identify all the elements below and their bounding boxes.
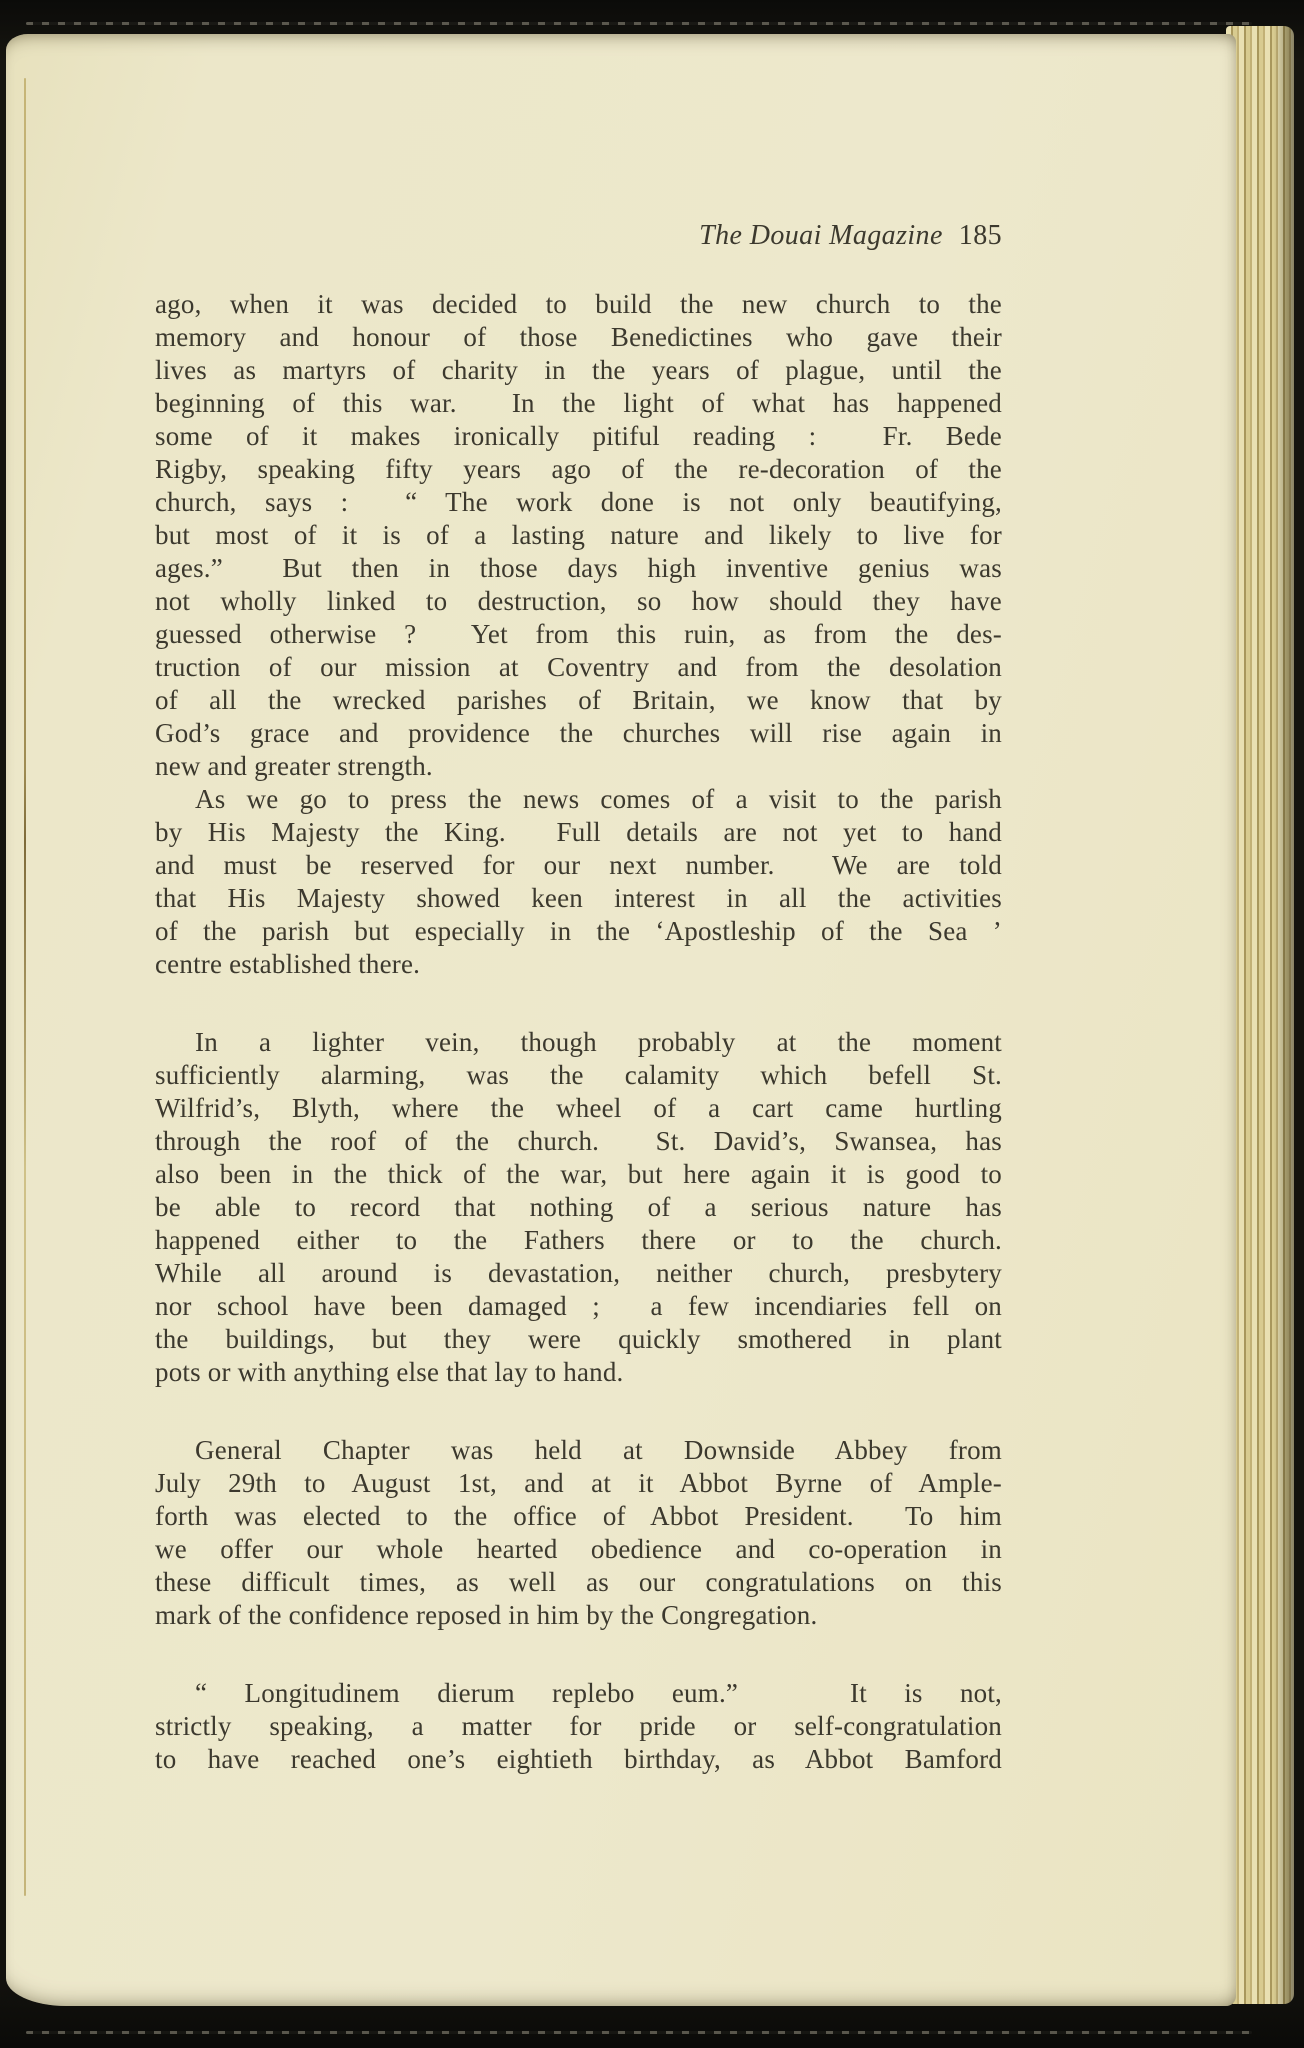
text-line: Rigby, speaking fifty years ago of the r… xyxy=(155,453,1002,486)
page-fold-line xyxy=(24,78,26,1896)
magazine-page: The Douai Magazine185 ago, when it was d… xyxy=(6,34,1236,2006)
text-line: strictly speaking, a matter for pride or… xyxy=(155,1710,1002,1743)
text-line: forth was elected to the office of Abbot… xyxy=(155,1500,1002,1533)
text-line: we offer our whole hearted obedience and… xyxy=(155,1533,1002,1566)
book-photo: The Douai Magazine185 ago, when it was d… xyxy=(0,0,1304,2048)
text-line: of all the wrecked parishes of Britain, … xyxy=(155,684,1002,717)
magazine-title: The Douai Magazine xyxy=(699,220,943,251)
page-number: 185 xyxy=(959,220,1002,251)
text-line: pots or with anything else that lay to h… xyxy=(155,1356,1002,1389)
text-line: truction of our mission at Coventry and … xyxy=(155,651,1002,684)
text-line: mark of the confidence reposed in him by… xyxy=(155,1599,1002,1632)
text-line: through the roof of the church. St. Davi… xyxy=(155,1125,1002,1158)
text-line: sufficiently alarming, was the calamity … xyxy=(155,1059,1002,1092)
text-line: July 29th to August 1st, and at it Abbot… xyxy=(155,1467,1002,1500)
text-line: memory and honour of those Benedictines … xyxy=(155,321,1002,354)
text-line: centre established there. xyxy=(155,948,1002,981)
text-line: the buildings, but they were quickly smo… xyxy=(155,1323,1002,1356)
text-line: ages.” But then in those days high inven… xyxy=(155,552,1002,585)
text-line: In a lighter vein, though probably at th… xyxy=(155,1026,1002,1059)
text-line: Wilfrid’s, Blyth, where the wheel of a c… xyxy=(155,1092,1002,1125)
text-line: of the parish but especially in the ‘Apo… xyxy=(155,915,1002,948)
page-body: ago, when it was decided to build the ne… xyxy=(155,288,1002,1776)
text-line: beginning of this war. In the light of w… xyxy=(155,387,1002,420)
text-line: ago, when it was decided to build the ne… xyxy=(155,288,1002,321)
text-line: and must be reserved for our next number… xyxy=(155,849,1002,882)
text-line: to have reached one’s eightieth birthday… xyxy=(155,1743,1002,1776)
text-line: that His Majesty showed keen interest in… xyxy=(155,882,1002,915)
text-line: As we go to press the news comes of a vi… xyxy=(155,783,1002,816)
book-fore-edge xyxy=(1226,26,1294,2004)
running-header: The Douai Magazine185 xyxy=(155,220,1002,252)
cover-seam-top xyxy=(26,22,1252,25)
text-line: nor school have been damaged ; a few inc… xyxy=(155,1290,1002,1323)
cover-seam-bottom xyxy=(26,2031,1252,2034)
text-line: “ Longitudinem dierum replebo eum.” It i… xyxy=(155,1677,1002,1710)
paragraph: ago, when it was decided to build the ne… xyxy=(155,288,1002,783)
text-line: church, says : “ The work done is not on… xyxy=(155,486,1002,519)
text-line: General Chapter was held at Downside Abb… xyxy=(155,1434,1002,1467)
text-line: lives as martyrs of charity in the years… xyxy=(155,354,1002,387)
text-line: but most of it is of a lasting nature an… xyxy=(155,519,1002,552)
paragraph: In a lighter vein, though probably at th… xyxy=(155,1026,1002,1389)
paragraph: “ Longitudinem dierum replebo eum.” It i… xyxy=(155,1677,1002,1776)
paragraph: As we go to press the news comes of a vi… xyxy=(155,783,1002,981)
text-line: not wholly linked to destruction, so how… xyxy=(155,585,1002,618)
text-line: new and greater strength. xyxy=(155,750,1002,783)
text-line: be able to record that nothing of a seri… xyxy=(155,1191,1002,1224)
text-line: God’s grace and providence the churches … xyxy=(155,717,1002,750)
text-line: by His Majesty the King. Full details ar… xyxy=(155,816,1002,849)
text-line: these difficult times, as well as our co… xyxy=(155,1566,1002,1599)
paragraph: General Chapter was held at Downside Abb… xyxy=(155,1434,1002,1632)
text-line: While all around is devastation, neither… xyxy=(155,1257,1002,1290)
text-line: happened either to the Fathers there or … xyxy=(155,1224,1002,1257)
text-line: some of it makes ironically pitiful read… xyxy=(155,420,1002,453)
text-line: guessed otherwise ? Yet from this ruin, … xyxy=(155,618,1002,651)
text-line: also been in the thick of the war, but h… xyxy=(155,1158,1002,1191)
